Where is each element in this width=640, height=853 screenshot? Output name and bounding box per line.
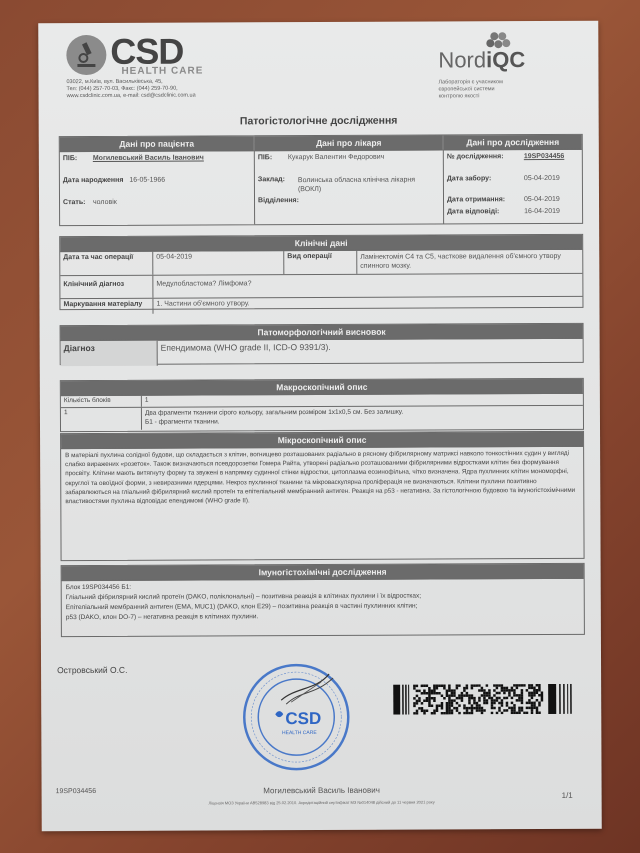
partner-name-light: Nord xyxy=(438,47,486,72)
clinical-section: Клінічні дані Дата та час операції 05-04… xyxy=(59,234,583,310)
footer-patient-name: Могилевський Василь Іванович xyxy=(42,785,602,796)
partner-subtitle-line: контролю якості xyxy=(439,93,529,100)
doctor-box: Дані про лікаря ПІБ: Кукарук Валентин Фе… xyxy=(255,135,444,224)
dob-label: Дата народження xyxy=(63,177,124,184)
macro-row-line: Б1 - фрагменти тканини. xyxy=(145,416,580,427)
barcode-icon xyxy=(393,684,583,715)
doctor-name-label: ПІБ: xyxy=(258,154,272,161)
study-number: 19SP034456 xyxy=(524,153,565,160)
microscope-icon xyxy=(66,35,106,75)
partner-name-bold: iQC xyxy=(486,47,525,72)
dob-value: 16-05-1966 xyxy=(129,177,165,184)
collection-date: 05-04-2019 xyxy=(524,175,560,182)
ihc-text: Блок 19SP034456 Б1: Гліальний фібрилярни… xyxy=(62,579,584,625)
op-type-value: Ламінектомія С4 та С5, часткове видаленн… xyxy=(357,250,582,274)
nordiqc-logo: NordiQC xyxy=(438,31,568,82)
web-line: www.csdclinic.com.ua, e-mail: csd@csdcli… xyxy=(67,93,196,101)
study-box: Дані про дослідження № дослідження: 19SP… xyxy=(444,135,582,224)
svg-text:HEALTH CARE: HEALTH CARE xyxy=(282,730,317,736)
response-date: 16-04-2019 xyxy=(524,208,560,215)
conclusion-diagnosis-label: Діагноз xyxy=(61,341,158,366)
blocks-value: 1 xyxy=(142,394,583,407)
material-value: 1. Частини об'ємного утвору. xyxy=(153,297,582,314)
op-datetime-label: Дата та час операції xyxy=(60,252,153,275)
info-section: Дані про пацієнта ПІБ: Могилевський Васи… xyxy=(59,134,583,226)
document-title: Патогістологічне дослідження xyxy=(39,114,599,128)
blocks-label: Кількість блоків xyxy=(61,396,142,407)
clinical-diagnosis-value: Медулобластома? Лімфома? xyxy=(153,274,582,298)
lab-address: 03022, м.Київ, вул. Васильківська, 45, Т… xyxy=(66,79,195,101)
micro-section: Мікроскопічний опис В матеріалі пухлина … xyxy=(60,431,585,561)
signer-name: Островський О.С. xyxy=(57,665,127,675)
department-label: Відділення: xyxy=(258,197,299,204)
op-datetime-value: 05-04-2019 xyxy=(153,251,284,275)
csd-logo: CSD HEALTH CARE xyxy=(66,34,276,75)
doctor-header: Дані про лікаря xyxy=(255,135,443,151)
study-header: Дані про дослідження xyxy=(444,135,582,151)
svg-text:CSD: CSD xyxy=(285,709,321,728)
document-page: CSD HEALTH CARE 03022, м.Київ, вул. Васи… xyxy=(38,21,602,831)
patient-name-label: ПІБ: xyxy=(63,155,77,162)
patient-box: Дані про пацієнта ПІБ: Могилевський Васи… xyxy=(60,136,255,225)
sex-value: чоловік xyxy=(93,199,117,206)
lab-subtitle: HEALTH CARE xyxy=(121,66,203,77)
conclusion-diagnosis-value: Епендимома (WHO grade II, ICD-O 9391/3). xyxy=(158,339,583,366)
license-text: Ліцензія МОЗ України АВ528983 від 25.02.… xyxy=(42,799,602,806)
op-type-label: Вид операції xyxy=(284,251,357,274)
macro-section: Макроскопічний опис Кількість блоків 1 1… xyxy=(60,378,584,432)
micro-text: В матеріалі пухлина солідної будови, що … xyxy=(61,447,583,508)
doctor-name: Кукарук Валентин Федорович xyxy=(288,154,384,161)
ihc-section: Імуногістохімічні дослідження Блок 19SP0… xyxy=(61,563,585,637)
material-label: Маркування матеріалу xyxy=(60,299,153,314)
received-date-label: Дата отримання: xyxy=(447,196,505,203)
ihc-line: p53 (DAKO, клон DO-7) – негативна реакці… xyxy=(66,611,580,623)
conclusion-section: Патоморфологічний висновок Діагноз Епенд… xyxy=(60,323,584,365)
received-date: 05-04-2019 xyxy=(524,196,560,203)
stamp-icon: CSD HEALTH CARE xyxy=(241,662,351,772)
clinical-diagnosis-label: Клінічний діагноз xyxy=(60,276,153,298)
sex-label: Стать: xyxy=(63,199,85,206)
partner-subtitle: Лабораторія є учасником європейської сис… xyxy=(438,79,528,100)
response-date-label: Дата відповіді: xyxy=(447,208,499,215)
institution-label: Заклад: xyxy=(258,176,285,183)
institution-value: Волинська обласна клінічна лікарня (ВОКЛ… xyxy=(298,175,438,194)
study-number-label: № дослідження: xyxy=(447,153,504,160)
collection-date-label: Дата забору: xyxy=(447,175,491,182)
macro-row-id: 1 xyxy=(61,408,142,430)
patient-header: Дані про пацієнта xyxy=(60,136,254,152)
macro-row-text: Два фрагменти тканини сірого кольору, за… xyxy=(142,406,583,430)
patient-name: Могилевський Василь Іванович xyxy=(93,155,204,162)
